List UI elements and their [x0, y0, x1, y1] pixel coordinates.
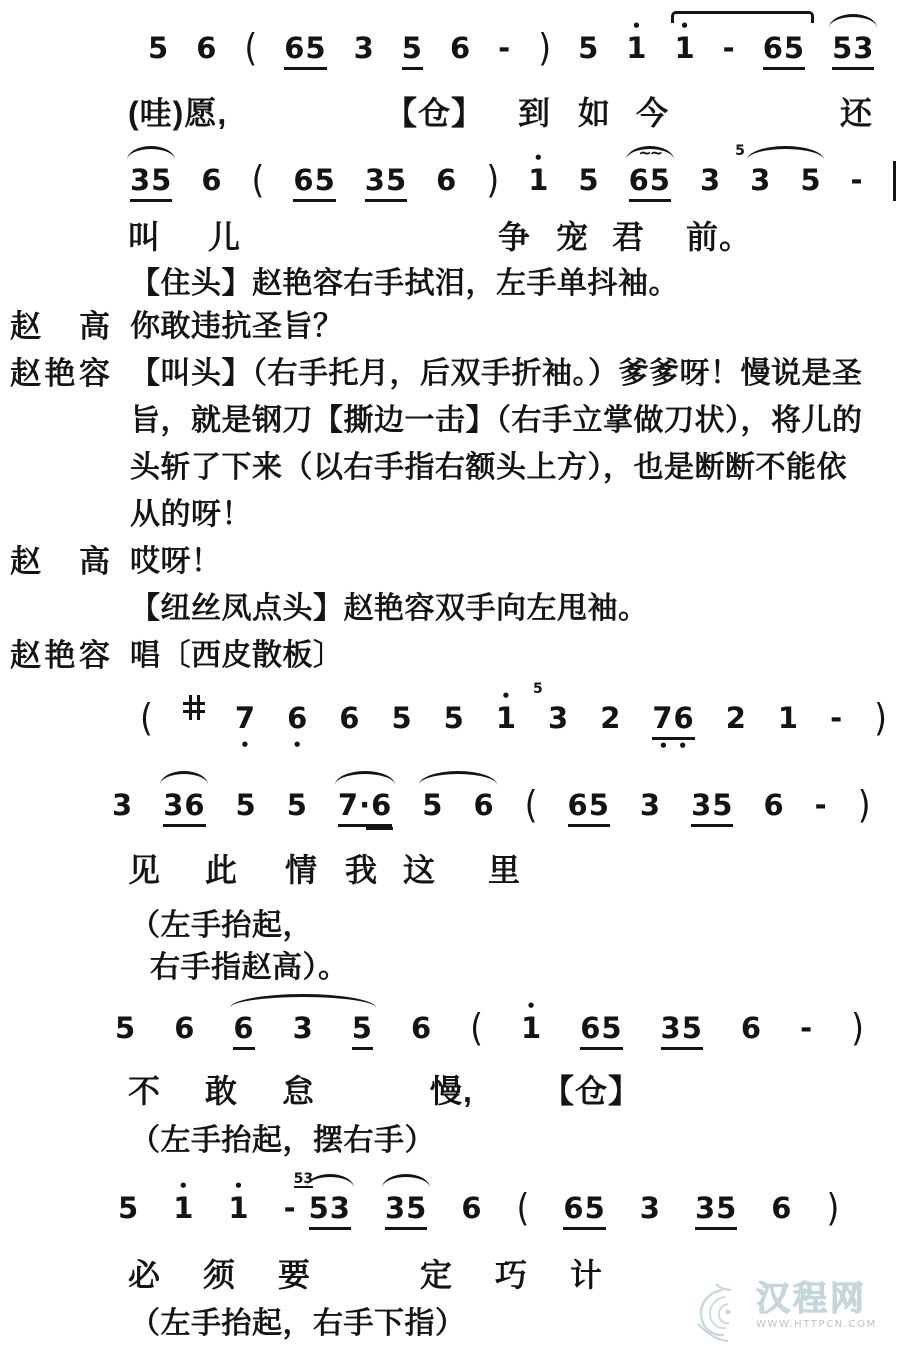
- speaker-label: 赵高: [10, 301, 110, 346]
- slur-arc: [306, 1174, 354, 1188]
- note-token: 6: [771, 1190, 792, 1226]
- speaker-label-char: 艳: [45, 348, 76, 393]
- lyric-segment: 怠: [282, 1066, 315, 1112]
- dialogue-line: 赵高哎呀！: [0, 536, 900, 576]
- slur-arc: [829, 14, 877, 28]
- note-token: 5: [422, 787, 443, 823]
- note-token: 5: [236, 787, 257, 823]
- note-token: (: [470, 1008, 483, 1048]
- note-token: 6: [411, 1010, 432, 1046]
- note-token: 65: [568, 787, 610, 827]
- lyric-segment: 这: [403, 845, 436, 891]
- note-token: 35: [385, 1190, 427, 1230]
- note-token: 5: [402, 30, 423, 70]
- note-token: 65~~: [629, 162, 671, 202]
- note-token: 6: [436, 162, 457, 198]
- note-token: ): [874, 698, 887, 738]
- note-token: ): [858, 785, 871, 825]
- slur-arc: [382, 1174, 430, 1188]
- action-note: （左手抬起，: [130, 900, 313, 944]
- octave-dot-above: •: [526, 1001, 537, 1011]
- action-note: 从的呀！: [130, 489, 252, 533]
- action-note: 旨，就是钢刀【撕边一击】（右手立掌做刀状），将儿的: [130, 395, 863, 439]
- note-token: 5: [287, 787, 308, 823]
- stage-direction: 【纽丝凤点头】赵艳容双手向左甩袖。: [130, 583, 649, 627]
- lyric-line: 叫儿争宠君前。: [0, 212, 900, 252]
- slur-arc: [747, 146, 824, 160]
- lyric-segment: 今: [636, 88, 669, 134]
- note-token: 1•: [521, 1010, 542, 1046]
- note-token: 35: [691, 787, 733, 827]
- note-token: 65: [284, 30, 326, 70]
- note-token: -: [284, 1190, 297, 1226]
- music-line: 336557·656(653356-): [112, 787, 900, 833]
- slur-arc: [335, 771, 395, 785]
- action-note: 头斩了下来（以右手指右额头上方），也是断断不能依: [130, 442, 847, 486]
- dialogue-text: 你敢违抗圣旨？: [130, 301, 344, 345]
- lyric-segment: 还: [840, 88, 873, 134]
- speaker-label: 赵艳容: [10, 348, 110, 393]
- lyric-segment: 不: [128, 1066, 161, 1112]
- speaker-label: 赵高: [10, 536, 110, 581]
- note-token: 3: [354, 30, 375, 66]
- note-token: -: [815, 787, 828, 823]
- note-token: 6: [196, 30, 217, 66]
- slur-bracket: [671, 11, 814, 23]
- note-token: (: [517, 1188, 530, 1228]
- lyric-segment: 见: [128, 845, 161, 891]
- note-token: 1•: [626, 30, 647, 66]
- note-token: ): [826, 1188, 839, 1228]
- note-token: 1•: [496, 700, 517, 736]
- note-token: ): [538, 28, 551, 68]
- second-beam-line: [366, 827, 393, 830]
- speaker-label: 赵艳容: [10, 630, 110, 675]
- music-line: 51•1•-5353356(653356): [118, 1190, 873, 1236]
- lyric-segment: 里: [488, 845, 521, 891]
- lyric-segment: 要: [278, 1250, 311, 1296]
- note-token: 1•: [228, 1190, 249, 1226]
- note-token: 2: [726, 700, 747, 736]
- dialogue-text: 唱〔西皮散板〕: [130, 630, 344, 674]
- watermark-logo-icon: [692, 1282, 750, 1349]
- octave-dot-above: •: [632, 21, 643, 31]
- octave-dot-below: ••: [654, 741, 692, 751]
- note-token: 6: [450, 30, 471, 66]
- speaker-label-char: 赵: [10, 630, 41, 675]
- octave-dot-above: •: [178, 1181, 189, 1191]
- note-token: -: [723, 30, 736, 66]
- lyric-segment: 争: [498, 212, 531, 258]
- lyric-line: 见此情我这里: [0, 845, 900, 885]
- dialogue-line: 赵艳容唱〔西皮散板〕: [0, 630, 900, 670]
- note-token: 76••: [652, 700, 694, 740]
- note-token: 6: [763, 787, 784, 823]
- note-token: 2: [600, 700, 621, 736]
- note-token: 65: [580, 1010, 622, 1050]
- lyric-segment: 情: [285, 845, 318, 891]
- slur-arc: [626, 146, 674, 160]
- dialogue-text: 【叫头】（右手托月，后双手折袖。）爹爹呀！慢说是圣: [130, 348, 863, 392]
- watermark: 汉程网 WWW.HTTPCN.COM: [692, 1280, 896, 1352]
- action-note: （左手抬起，右手下指）: [130, 1298, 466, 1342]
- lyric-line: 不敢怠慢,【仓】: [0, 1066, 900, 1106]
- note-token: 6: [201, 162, 222, 198]
- lyric-line: 必须要定巧计: [0, 1250, 900, 1290]
- speaker-label-char: 艳: [45, 630, 76, 675]
- note-token: 6: [473, 787, 494, 823]
- note-token: 5: [118, 1190, 139, 1226]
- note-token: 5: [578, 30, 599, 66]
- lyric-segment: 须: [203, 1250, 236, 1296]
- note-token: 35: [750, 162, 771, 198]
- note-token: 1•: [173, 1190, 194, 1226]
- lyric-segment: 如: [578, 88, 611, 134]
- note-token: 1•: [674, 30, 695, 66]
- lyric-segment: 宠: [556, 212, 589, 258]
- note-token: 5353: [309, 1190, 351, 1230]
- dialogue-line: 赵高你敢违抗圣旨？: [0, 301, 900, 341]
- note-token: 6: [461, 1190, 482, 1226]
- note-token: 5: [148, 30, 169, 66]
- slur-arc: [160, 771, 208, 785]
- dialogue-line: 赵艳容【叫头】（右手托月，后双手折袖。）爹爹呀！慢说是圣: [0, 348, 900, 388]
- final-barline: [893, 161, 900, 201]
- note-token: 6: [339, 700, 360, 736]
- note-token: 7•: [235, 700, 256, 736]
- note-token: 35: [661, 1010, 703, 1050]
- lyric-segment: 定: [420, 1250, 453, 1296]
- lyric-segment: 【仓】: [542, 1066, 641, 1112]
- lyric-segment: 我: [345, 845, 378, 891]
- music-line: 56(65356-)51•1•-6553: [148, 30, 900, 76]
- octave-dot-below: •: [237, 740, 254, 750]
- lyric-segment: 此: [205, 845, 238, 891]
- free-meter-symbol: [184, 698, 204, 718]
- lyric-segment: 君: [612, 212, 645, 258]
- music-line: 356(65356)1•565~~3355-: [130, 162, 900, 208]
- music-line: 566356(1•65356-): [115, 1010, 900, 1056]
- lyric-segment: 计: [570, 1250, 603, 1296]
- note-token: (: [244, 28, 257, 68]
- note-token: -: [830, 700, 843, 736]
- speaker-label-char: 容: [79, 630, 110, 675]
- note-token: 65: [563, 1190, 605, 1230]
- action-note: 右手指赵高）。: [150, 942, 349, 986]
- music-line: (7•6•6551•35276••21-): [140, 700, 900, 746]
- octave-dot-below: •: [289, 740, 306, 750]
- lyric-segment: 必: [128, 1250, 161, 1296]
- note-token: 6: [741, 1010, 762, 1046]
- speaker-label-char: 高: [79, 536, 110, 581]
- note-token: 35: [365, 162, 407, 202]
- note-token: 5: [352, 1010, 373, 1050]
- speaker-label-char: 容: [79, 348, 110, 393]
- note-token: 6: [233, 1010, 254, 1050]
- note-token: 3: [293, 1010, 314, 1046]
- note-token: 5: [115, 1010, 136, 1046]
- lyric-segment: 到: [518, 88, 551, 134]
- note-token: 1•: [528, 162, 549, 198]
- lyric-segment: 【仓】: [385, 88, 484, 134]
- note-token: 6•: [287, 700, 308, 736]
- note-token: 7·6: [338, 787, 392, 827]
- speaker-label-char: 赵: [10, 536, 41, 581]
- note-token: 35: [695, 1190, 737, 1230]
- slur-arc: [419, 771, 497, 785]
- note-token: (: [252, 160, 265, 200]
- note-token: 3: [640, 787, 661, 823]
- lyric-segment: 叫: [128, 212, 161, 258]
- note-token: 53: [832, 30, 874, 70]
- note-token: 65: [293, 162, 335, 202]
- octave-dot-above: •: [534, 153, 545, 163]
- grace-note: 5: [533, 682, 543, 696]
- action-note: （左手抬起，摆右手）: [130, 1115, 435, 1159]
- note-token: ): [486, 160, 499, 200]
- lyric-segment: 敢: [205, 1066, 238, 1112]
- note-token: -: [851, 162, 864, 198]
- lyric-segment: 巧: [495, 1250, 528, 1296]
- note-token: (: [525, 785, 538, 825]
- lyric-segment: 前。: [686, 212, 752, 258]
- speaker-label-char: 赵: [10, 301, 41, 346]
- note-token: 3: [640, 1190, 661, 1226]
- octave-dot-above: •: [234, 1181, 245, 1191]
- lyric-line: (哇)愿,【仓】到如今还: [0, 88, 900, 128]
- dialogue-text: 哎呀！: [130, 536, 222, 580]
- note-token: 3: [112, 787, 133, 823]
- note-token: 65: [763, 30, 805, 70]
- note-token: 3: [700, 162, 721, 198]
- note-token: 35: [130, 162, 172, 202]
- watermark-site-url: WWW.HTTPCN.COM: [756, 1318, 877, 1332]
- speaker-label-char: 高: [79, 301, 110, 346]
- speaker-label-char: 赵: [10, 348, 41, 393]
- note-token: 6: [174, 1010, 195, 1046]
- note-token: 36: [163, 787, 205, 827]
- note-token: 5: [800, 162, 821, 198]
- lyric-segment: 儿: [208, 212, 241, 258]
- grace-note: 5: [735, 144, 745, 158]
- note-token: -: [800, 1010, 813, 1046]
- note-token: (: [140, 698, 153, 738]
- note-token: 5: [444, 700, 465, 736]
- stage-direction: 【住头】赵艳容右手拭泪，左手单抖袖。: [130, 258, 679, 302]
- note-token: 5: [391, 700, 412, 736]
- note-token: 35: [548, 700, 569, 736]
- note-token: 1: [778, 700, 799, 736]
- note-token: ): [851, 1008, 864, 1048]
- score-page: 汉程网 WWW.HTTPCN.COM 56(65356-)51•1•-6553(…: [0, 0, 900, 1358]
- slur-arc: [127, 146, 175, 160]
- slur-arc: [230, 994, 376, 1008]
- note-token: -: [498, 30, 511, 66]
- note-token: 5: [578, 162, 599, 198]
- octave-dot-above: •: [501, 691, 512, 701]
- lyric-segment: (哇)愿,: [128, 88, 227, 134]
- lyric-segment: 慢,: [430, 1066, 473, 1112]
